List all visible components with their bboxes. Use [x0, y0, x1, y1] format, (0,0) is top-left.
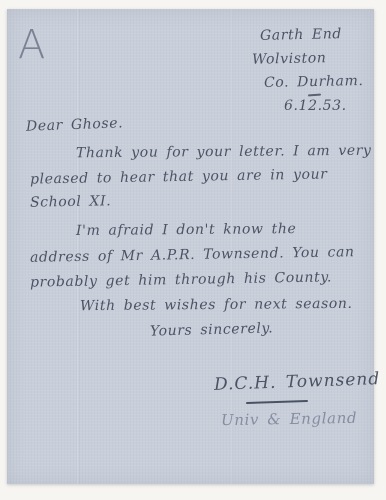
closing-wishes-line: With best wishes for next season. [80, 296, 353, 314]
body-line-1: Thank you for your letter. I am very [76, 143, 372, 162]
address-line-2: Wolviston [252, 50, 327, 68]
salutation: Dear Ghose. [26, 115, 124, 134]
valediction: Yours sincerely. [150, 320, 274, 339]
body-line-4: I'm afraid I don't know the [76, 221, 297, 239]
paper-fold-crease-left [77, 9, 80, 484]
letter-date: 6.12.53. [284, 98, 347, 114]
pencil-corner-annotation: A [18, 22, 45, 68]
address-line-3: Co. Durham. [264, 73, 364, 91]
address-line-1: Garth End [260, 26, 342, 44]
body-line-3: School XI. [30, 193, 111, 210]
letter-scan: A Garth End Wolviston Co. Durham. 6.12.5… [0, 0, 386, 500]
pencil-identification-note: Univ & England [221, 409, 357, 429]
